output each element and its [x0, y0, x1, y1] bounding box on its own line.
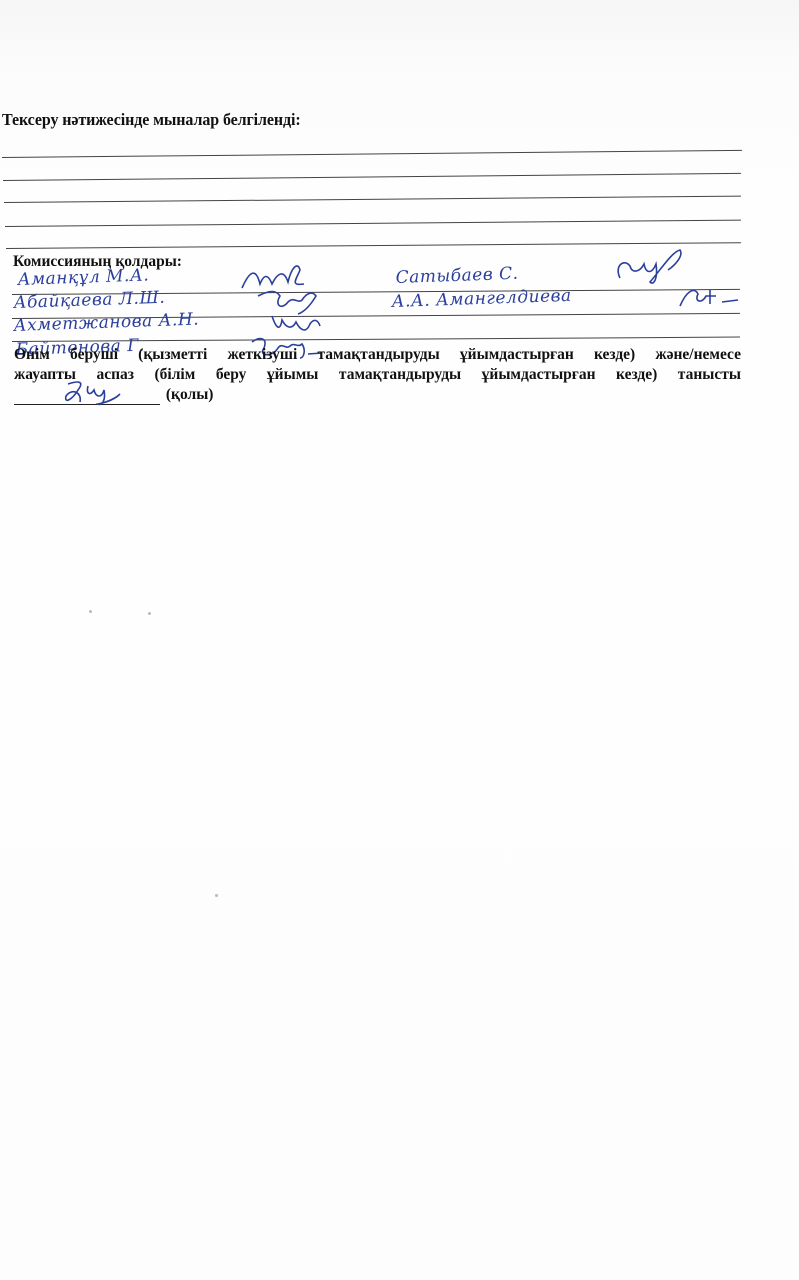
document-page: Тексеру нәтижесінде мыналар белгіленді: … [0, 0, 799, 1280]
findings-heading: Тексеру нәтижесінде мыналар белгіленді: [2, 112, 301, 130]
scan-speck [215, 894, 218, 897]
commission-signature-name-5: Ахметжанова А.Н. [13, 310, 199, 336]
signature-scribble-icon [58, 378, 122, 414]
findings-line-1 [2, 150, 742, 158]
acknowledgement-line-2: жауапты аспаз (білім беру ұйымы тамақтан… [14, 365, 741, 385]
commission-signature-name-3: Абайқаева Л.Ш. [13, 288, 165, 313]
findings-line-3 [4, 196, 741, 203]
commission-signature-name-2: Сатыбаев С. [395, 264, 519, 288]
signature-caption: (қолы) [166, 386, 214, 403]
acknowledgement-line-1: Өнім беруші (қызметті жеткізуші тамақтан… [14, 345, 741, 365]
scan-speck [148, 612, 151, 615]
signature-scribble-icon [676, 282, 740, 312]
findings-line-4 [5, 220, 741, 227]
commission-signature-name-1: Аманқұл М.А. [17, 265, 149, 290]
scan-speck [89, 610, 92, 613]
findings-line-2 [3, 173, 741, 181]
acknowledgement-signature-row: (қолы) [14, 385, 741, 405]
acknowledgement-paragraph: Өнім беруші (қызметті жеткізуші тамақтан… [14, 345, 741, 405]
acknowledgement-signature-field [14, 388, 160, 405]
commission-signature-name-4: А.А. Амангелдиева [391, 286, 572, 312]
